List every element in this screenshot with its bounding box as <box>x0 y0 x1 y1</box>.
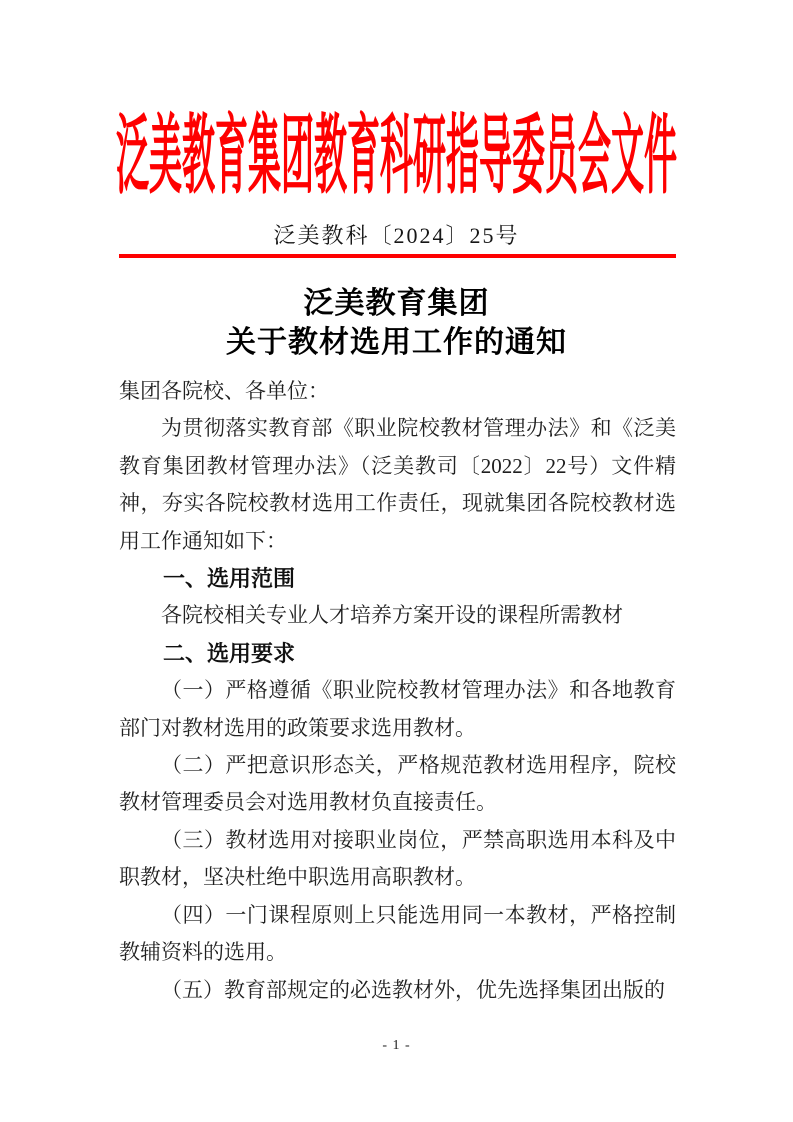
requirement-item-2: （二）严把意识形态关，严格规范教材选用程序，院校教材管理委员会对选用教材负直接责… <box>119 747 676 822</box>
requirement-item-1: （一）严格遵循《职业院校教材管理办法》和各地教育部门对教材选用的政策要求选用教材… <box>119 672 676 747</box>
salutation-line: 集团各院校、各单位： <box>119 373 676 410</box>
notice-body: 集团各院校、各单位： 为贯彻落实教育部《职业院校教材管理办法》和《泛美教育集团教… <box>119 373 676 1009</box>
red-divider-line <box>119 254 676 258</box>
section-heading-scope: 一、选用范围 <box>119 560 676 597</box>
page-number: - 1 - <box>0 1038 793 1054</box>
notice-title-line1: 泛美教育集团 <box>0 284 793 323</box>
red-letterhead-banner: 泛美教育集团教育科研指导委员会文件 <box>0 113 793 205</box>
requirement-item-5: （五）教育部规定的必选教材外，优先选择集团出版的 <box>119 972 676 1009</box>
letterhead-org-title: 泛美教育集团教育科研指导委员会文件 <box>116 114 677 203</box>
notice-title: 泛美教育集团 关于教材选用工作的通知 <box>0 284 793 362</box>
section-heading-requirements: 二、选用要求 <box>119 635 676 672</box>
document-reference-number: 泛美教科〔2024〕25号 <box>0 221 793 251</box>
requirement-item-3: （三）教材选用对接职业岗位，严禁高职选用本科及中职教材，坚决杜绝中职选用高职教材… <box>119 822 676 897</box>
notice-title-line2: 关于教材选用工作的通知 <box>0 323 793 362</box>
document-page: 泛美教育集团教育科研指导委员会文件 泛美教科〔2024〕25号 泛美教育集团 关… <box>0 0 793 1122</box>
requirement-item-4: （四）一门课程原则上只能选用同一本教材，严格控制教辅资料的选用。 <box>119 897 676 972</box>
intro-paragraph: 为贯彻落实教育部《职业院校教材管理办法》和《泛美教育集团教材管理办法》（泛美教司… <box>119 410 676 560</box>
scope-paragraph: 各院校相关专业人才培养方案开设的课程所需教材 <box>119 597 676 634</box>
